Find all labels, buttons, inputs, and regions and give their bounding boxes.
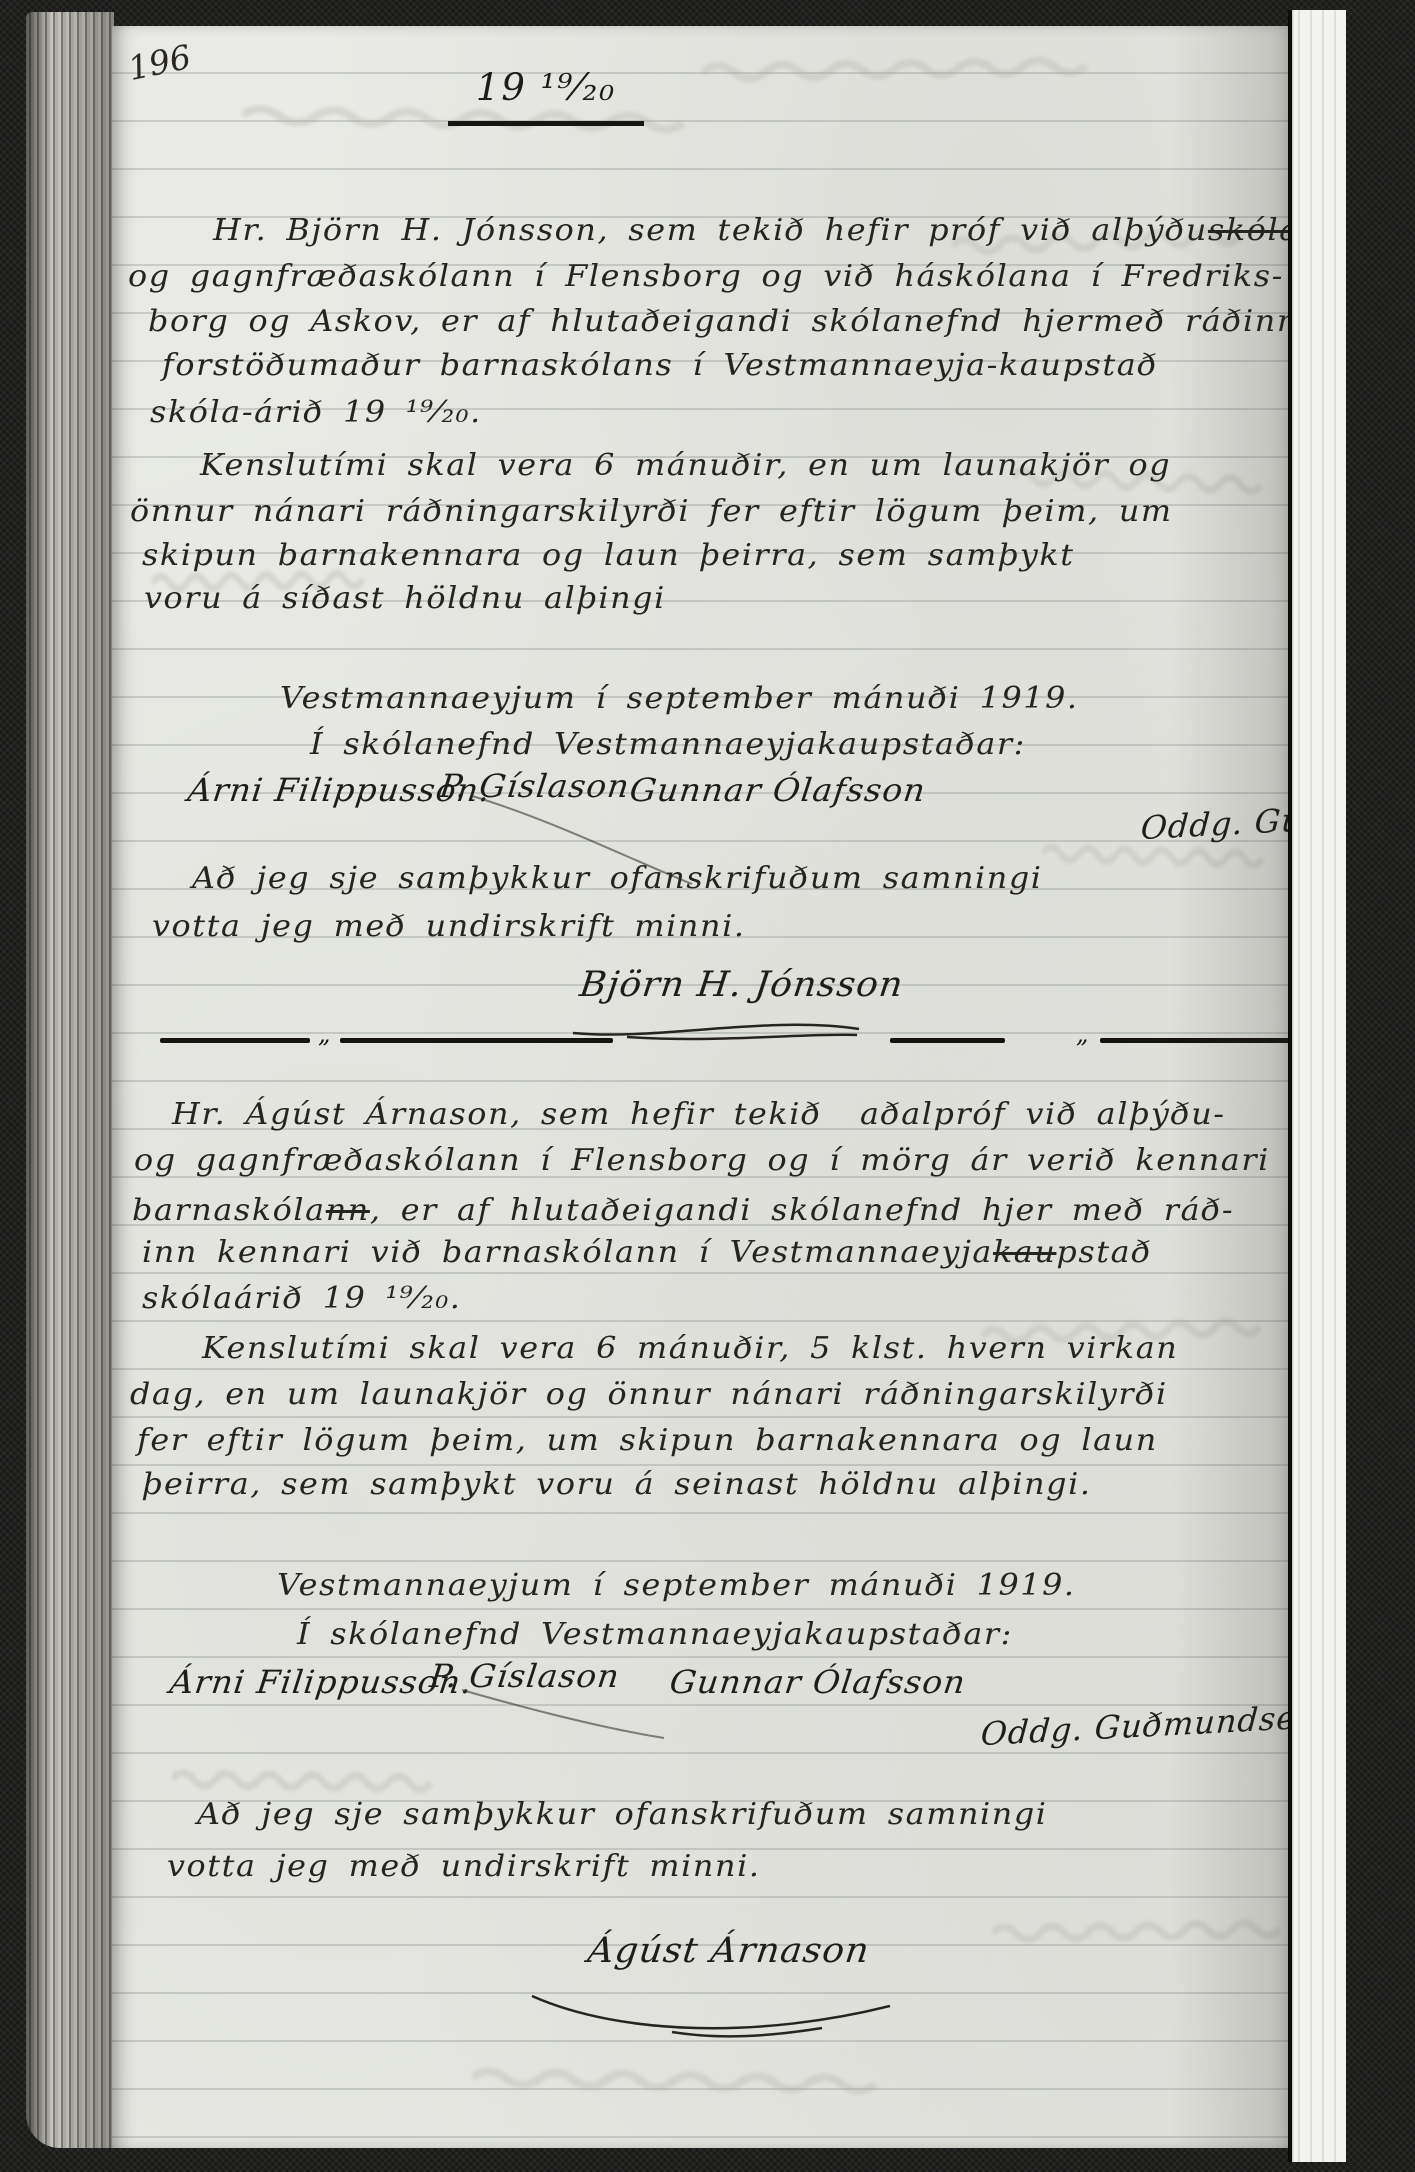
consent-line: votta jeg með undirskrift minni.	[167, 1852, 761, 1882]
struck-word: nn	[326, 1193, 370, 1228]
line-text: , er af hlutaðeigandi skólanefnd hjer me…	[370, 1193, 1234, 1228]
manuscript-line: og gagnfræðaskólann í Flensborg og við h…	[128, 262, 1284, 292]
committee-line: Í skólanefnd Vestmannaeyjakaupstaðar:	[297, 1620, 1013, 1650]
manuscript-line: forstöðumaður barnaskólans í Vestmannaey…	[162, 351, 1158, 381]
consent-line: Að jeg sje samþykkur ofanskrifuðum samni…	[192, 864, 1043, 894]
manuscript-line: og gagnfræðaskólann í Flensborg og í mör…	[134, 1146, 1288, 1176]
signature-p-gislason: P. Gíslason	[438, 770, 632, 802]
manuscript-line: skólaárið 19 ¹⁹⁄₂₀.	[142, 1284, 461, 1314]
struck-word: skólann	[1208, 213, 1288, 248]
ink-show-through-texture	[992, 1913, 1288, 1944]
line-text: Hr. Björn H. Jónsson, sem tekið hefir pr…	[213, 213, 1208, 248]
struck-word: kau	[993, 1235, 1056, 1270]
signature-gunnar-olafsson: Gunnar Ólafsson	[668, 1666, 968, 1698]
line-text: barnaskóla	[132, 1193, 326, 1228]
divider-line	[160, 1038, 310, 1043]
line-text: inn kennari við barnaskólann í Vestmanna…	[142, 1235, 993, 1270]
manuscript-line: önnur nánari ráðningarskilyrði fer eftir…	[130, 497, 1173, 527]
year-heading: 19 ¹⁹⁄₂₀	[448, 66, 644, 126]
ink-show-through-texture	[172, 1764, 442, 1795]
divider-line	[340, 1038, 613, 1043]
manuscript-line: Kenslutími skal vera 6 mánuðir, 5 klst. …	[202, 1334, 1178, 1364]
signature-p-gislason: P. Gíslason	[428, 1660, 622, 1692]
signature-underline-flourish	[522, 1976, 902, 2046]
manuscript-line: skipun barnakennara og laun þeirra, sem …	[142, 541, 1075, 571]
manuscript-line: Hr. Ágúst Árnason, sem hefir tekið aðalp…	[172, 1100, 1226, 1130]
consent-line: Að jeg sje samþykkur ofanskrifuðum samni…	[197, 1800, 1048, 1830]
manuscript-line: skóla-árið 19 ¹⁹⁄₂₀.	[150, 398, 482, 428]
line-text: pstað	[1056, 1235, 1152, 1270]
signature-gunnar-olafsson: Gunnar Ólafsson	[628, 774, 928, 806]
dateline: Vestmannaeyjum í september mánuði 1919.	[277, 1571, 1076, 1601]
manuscript-line: Hr. Björn H. Jónsson, sem tekið hefir pr…	[213, 216, 1288, 246]
ink-show-through-texture	[702, 51, 1102, 84]
manuscript-line: barnaskólann, er af hlutaðeigandi skólan…	[132, 1196, 1234, 1226]
manuscript-line: Kenslutími skal vera 6 mánuðir, en um la…	[200, 451, 1171, 481]
manuscript-line: inn kennari við barnaskólann í Vestmanna…	[142, 1238, 1152, 1268]
dateline: Vestmannaeyjum í september mánuði 1919.	[280, 684, 1079, 714]
ink-show-through-texture	[472, 2062, 892, 2095]
signature-oddg-gudmundsen: Oddg. Guðmundsen	[980, 1700, 1288, 1750]
signature-agust-arnason: Ágúst Árnason	[586, 1934, 872, 1969]
signature-bjorn-h-jonsson: Björn H. Jónsson	[578, 968, 906, 1003]
scanned-ledger-page: 196 19 ¹⁹⁄₂₀ Hr. Björn H. Jónsson, sem t…	[0, 0, 1415, 2172]
manuscript-line: borg og Askov, er af hlutaðeigandi skóla…	[148, 307, 1288, 337]
manuscript-line: voru á síðast höldnu alþingi	[144, 584, 666, 614]
divider-mark: „	[1076, 1020, 1088, 1048]
signature-oddg-gudmundsen: Oddg. Guðmundsen	[1140, 794, 1288, 844]
book-binding-page-edges	[26, 12, 114, 2148]
manuscript-line: fer eftir lögum þeim, um skipun barnaken…	[137, 1426, 1158, 1456]
divider-mark: „	[318, 1020, 330, 1048]
manuscript-line: dag, en um launakjör og önnur nánari ráð…	[130, 1380, 1168, 1410]
consent-line: votta jeg með undirskrift minni.	[152, 912, 746, 942]
committee-line: Í skólanefnd Vestmannaeyjakaupstaðar:	[310, 730, 1026, 760]
manuscript-page: 196 19 ¹⁹⁄₂₀ Hr. Björn H. Jónsson, sem t…	[112, 26, 1288, 2148]
page-number: 196	[125, 40, 193, 85]
next-page-edge	[1288, 10, 1346, 2162]
manuscript-line: þeirra, sem samþykt voru á seinast höldn…	[142, 1470, 1092, 1500]
divider-line	[1100, 1038, 1288, 1043]
divider-line	[890, 1038, 1005, 1043]
